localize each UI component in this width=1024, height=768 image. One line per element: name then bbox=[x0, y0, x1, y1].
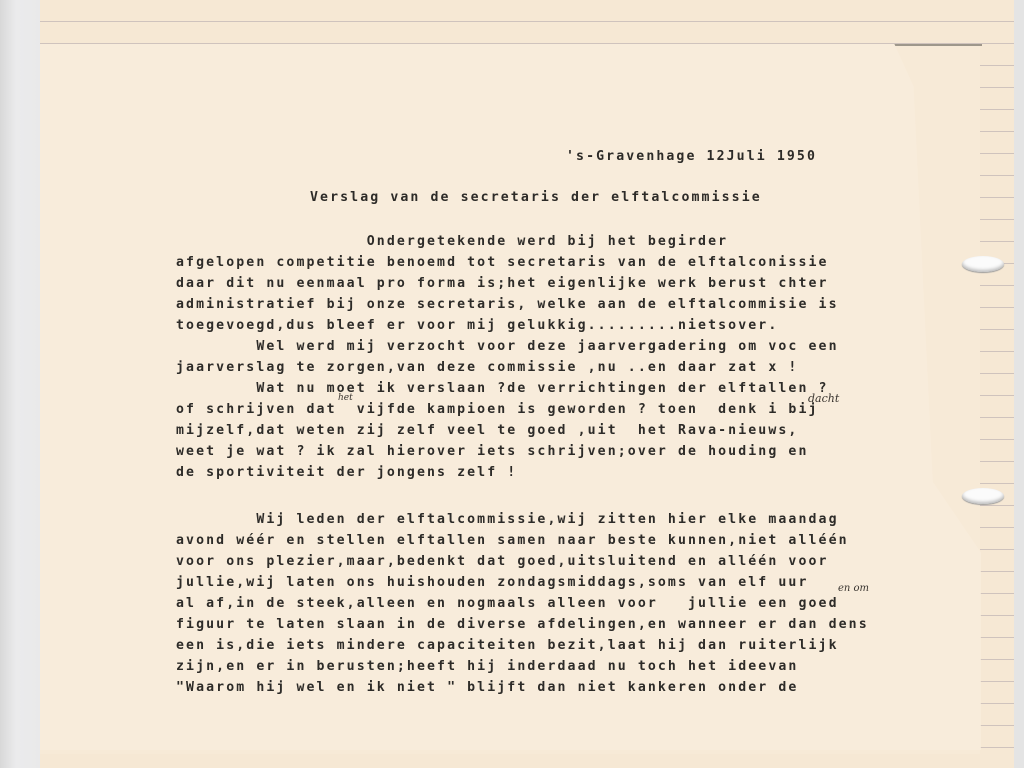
line-18: al af,in de steek,alleen en nogmaals all… bbox=[176, 593, 839, 614]
line-3: daar dit nu eenmaal pro forma is;het eig… bbox=[176, 273, 829, 294]
line-1: Ondergetekende werd bij het begirder bbox=[176, 231, 728, 252]
line-16: voor ons plezier,maar,bedenkt dat goed,u… bbox=[176, 551, 829, 572]
scanner-edge-right bbox=[1014, 0, 1024, 768]
place-date: 's-Gravenhage 12Juli 1950 bbox=[566, 146, 817, 167]
line-7: jaarverslag te zorgen,van deze commissie… bbox=[176, 357, 798, 378]
document-title: Verslag van de secretaris der elftalcomm… bbox=[310, 187, 762, 208]
line-12: de sportiviteit der jongens zelf ! bbox=[176, 462, 517, 483]
line-22: "Waarom hij wel en ik niet " blijft dan … bbox=[176, 677, 798, 698]
handwritten-annotation-het: het bbox=[338, 393, 353, 403]
punch-hole-top bbox=[962, 256, 1004, 272]
line-20: een is,die iets mindere capaciteiten bez… bbox=[176, 635, 839, 656]
line-10: mijzelf,dat weten zij zelf veel te goed … bbox=[176, 420, 798, 441]
line-15: avond wéér en stellen elftallen samen na… bbox=[176, 530, 849, 551]
scanner-edge bbox=[0, 0, 40, 768]
handwritten-annotation-dacht: dacht bbox=[808, 392, 839, 405]
line-9: of schrijven dat vijfde kampioen is gewo… bbox=[176, 399, 819, 420]
line-5: toegevoegd,dus bleef er voor mij gelukki… bbox=[176, 315, 778, 336]
line-21: zijn,en er in berusten;heeft hij inderda… bbox=[176, 656, 798, 677]
line-6: Wel werd mij verzocht voor deze jaarverg… bbox=[176, 336, 839, 357]
handwritten-annotation-en-om: en om bbox=[838, 583, 869, 594]
line-14: Wij leden der elftalcommissie,wij zitten… bbox=[176, 509, 839, 530]
punch-hole-bottom bbox=[962, 488, 1004, 504]
line-19: figuur te laten slaan in de diverse afde… bbox=[176, 614, 869, 635]
line-8: Wat nu moet ik verslaan ?de verrichtinge… bbox=[176, 378, 829, 399]
line-2: afgelopen competitie benoemd tot secreta… bbox=[176, 252, 829, 273]
line-17: jullie,wij laten ons huishouden zondagsm… bbox=[176, 572, 809, 593]
line-11: weet je wat ? ik zal hierover iets schri… bbox=[176, 441, 809, 462]
line-4: administratief bij onze secretaris, welk… bbox=[176, 294, 839, 315]
